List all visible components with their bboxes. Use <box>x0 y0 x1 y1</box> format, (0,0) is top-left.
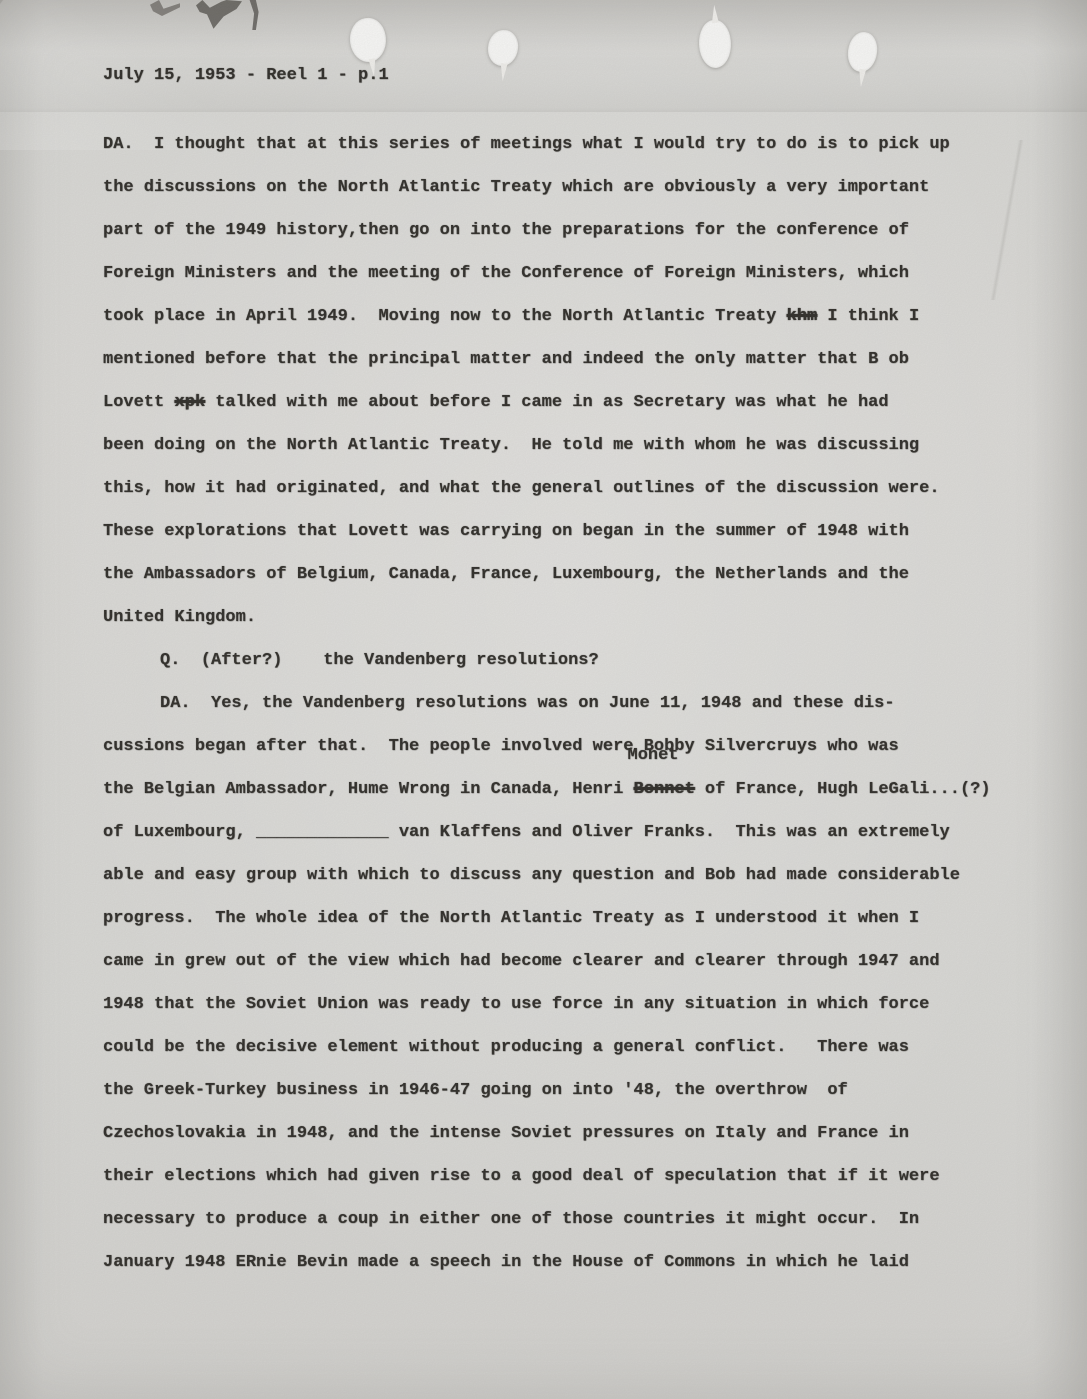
text-line: DA. I thought that at this series of mee… <box>103 123 1063 166</box>
text-line: cussions began after that. The people in… <box>103 725 1063 768</box>
text-segment: of Luxembourg, _____________ van Klaffen… <box>103 823 950 842</box>
strikethrough-wrap: khm <box>787 295 818 338</box>
text-segment: cussions began after that. The people in… <box>103 737 899 756</box>
text-segment: DA. I thought that at this series of mee… <box>103 135 950 154</box>
strikethrough-wrap: xpk <box>174 381 205 424</box>
text-segment: Q. (After?) the Vandenberg resolutions? <box>160 651 599 670</box>
text-segment: Lovett <box>103 393 174 412</box>
text-line: part of the 1949 history,then go on into… <box>103 209 1063 252</box>
strikethrough-wrap: BonnetMonet <box>634 768 695 811</box>
text-segment: this, how it had originated, and what th… <box>103 479 940 498</box>
text-segment: of France, Hugh LeGali...(?) <box>695 780 991 799</box>
scanned-document-page: July 15, 1953 - Reel 1 - p.1 DA. I thoug… <box>0 0 1087 1399</box>
text-segment: been doing on the North Atlantic Treaty.… <box>103 436 919 455</box>
text-segment: could be the decisive element without pr… <box>103 1038 909 1057</box>
page-header: July 15, 1953 - Reel 1 - p.1 <box>103 66 1063 86</box>
document-body: DA. I thought that at this series of mee… <box>103 123 1063 1284</box>
interlinear-insertion: Monet <box>628 746 679 765</box>
text-segment: the Ambassadors of Belgium, Canada, Fran… <box>103 565 909 584</box>
text-line: Q. (After?) the Vandenberg resolutions? <box>103 639 1063 682</box>
text-segment: talked with me about before I came in as… <box>205 393 889 412</box>
typed-content: July 15, 1953 - Reel 1 - p.1 DA. I thoug… <box>103 66 1063 1284</box>
punch-hole <box>347 16 388 64</box>
text-line: their elections which had given rise to … <box>103 1155 1063 1198</box>
text-segment: Czechoslovakia in 1948, and the intense … <box>103 1124 909 1143</box>
text-line: the discussions on the North Atlantic Tr… <box>103 166 1063 209</box>
text-line: mentioned before that the principal matt… <box>103 338 1063 381</box>
text-line: January 1948 ERnie Bevin made a speech i… <box>103 1241 1063 1284</box>
text-segment: part of the 1949 history,then go on into… <box>103 221 909 240</box>
text-line: United Kingdom. <box>103 596 1063 639</box>
text-segment: DA. Yes, the Vandenberg resolutions was … <box>160 694 895 713</box>
text-segment: mentioned before that the principal matt… <box>103 350 909 369</box>
text-segment: the discussions on the North Atlantic Tr… <box>103 178 929 197</box>
text-segment: the Belgian Ambassador, Hume Wrong in Ca… <box>103 780 634 799</box>
torn-edge-mark <box>196 0 242 30</box>
text-line: took place in April 1949. Moving now to … <box>103 295 1063 338</box>
text-segment: January 1948 ERnie Bevin made a speech i… <box>103 1253 909 1272</box>
punch-hole <box>486 29 519 67</box>
text-line: necessary to produce a coup in either on… <box>103 1198 1063 1241</box>
text-segment: 1948 that the Soviet Union was ready to … <box>103 995 929 1014</box>
text-line: 1948 that the Soviet Union was ready to … <box>103 983 1063 1026</box>
text-line: These explorations that Lovett was carry… <box>103 510 1063 553</box>
text-segment: their elections which had given rise to … <box>103 1167 940 1186</box>
text-segment: Foreign Ministers and the meeting of the… <box>103 264 909 283</box>
text-segment: the Greek-Turkey business in 1946-47 goi… <box>103 1081 848 1100</box>
text-line: the Greek-Turkey business in 1946-47 goi… <box>103 1069 1063 1112</box>
text-line: this, how it had originated, and what th… <box>103 467 1063 510</box>
text-segment: able and easy group with which to discus… <box>103 866 960 885</box>
text-segment: progress. The whole idea of the North At… <box>103 909 919 928</box>
text-segment: United Kingdom. <box>103 608 256 627</box>
text-line: progress. The whole idea of the North At… <box>103 897 1063 940</box>
text-line: the Ambassadors of Belgium, Canada, Fran… <box>103 553 1063 596</box>
strikethrough-text: Bonnet <box>634 780 695 799</box>
text-segment: I think I <box>817 307 919 326</box>
strikethrough-text: khm <box>787 307 818 326</box>
text-line: of Luxembourg, _____________ van Klaffen… <box>103 811 1063 854</box>
text-segment: These explorations that Lovett was carry… <box>103 522 909 541</box>
text-line: the Belgian Ambassador, Hume Wrong in Ca… <box>103 768 1063 811</box>
text-line: came in grew out of the view which had b… <box>103 940 1063 983</box>
text-line: Czechoslovakia in 1948, and the intense … <box>103 1112 1063 1155</box>
text-line: DA. Yes, the Vandenberg resolutions was … <box>103 682 1063 725</box>
text-segment: came in grew out of the view which had b… <box>103 952 940 971</box>
torn-edge-mark <box>150 0 180 16</box>
text-segment: took place in April 1949. Moving now to … <box>103 307 787 326</box>
torn-edge-mark <box>246 0 264 30</box>
text-segment: necessary to produce a coup in either on… <box>103 1210 919 1229</box>
strikethrough-text: xpk <box>174 393 205 412</box>
text-line: able and easy group with which to discus… <box>103 854 1063 897</box>
text-line: Foreign Ministers and the meeting of the… <box>103 252 1063 295</box>
text-line: been doing on the North Atlantic Treaty.… <box>103 424 1063 467</box>
punch-hole <box>697 19 732 69</box>
text-line: could be the decisive element without pr… <box>103 1026 1063 1069</box>
text-line: Lovett xpk talked with me about before I… <box>103 381 1063 424</box>
